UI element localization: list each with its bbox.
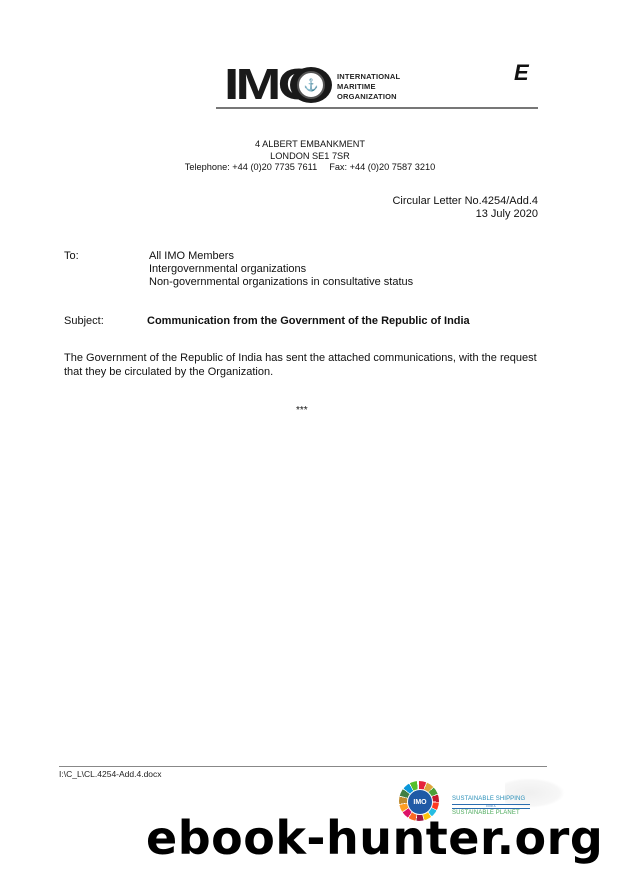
file-path: I:\C_L\CL.4254-Add.4.docx [59,769,162,779]
recipient: Intergovernmental organizations [149,263,413,276]
subject-text: Communication from the Government of the… [147,315,470,327]
imo-emblem-icon: ⚓ [290,67,332,103]
address-block: 4 ALBERT EMBANKMENT LONDON SE1 7SR Telep… [160,139,460,174]
tagline-line1: SUSTAINABLE SHIPPING [452,796,530,803]
subject-label: Subject: [64,315,104,327]
separator: *** [296,405,308,416]
circular-reference: Circular Letter No.4254/Add.4 13 July 20… [392,195,538,221]
circular-date: 13 July 2020 [392,208,538,221]
footer-divider [59,766,547,767]
recipient-list: All IMO Members Intergovernmental organi… [149,250,413,289]
org-name-line: MARITIME [337,82,400,92]
watermark: ebook-hunter.org [146,811,603,865]
recipient: Non-governmental organizations in consul… [149,276,413,289]
contact-line: Telephone: +44 (0)20 7735 7611Fax: +44 (… [160,162,460,174]
org-name-line: ORGANIZATION [337,92,400,102]
to-label: To: [64,250,79,262]
recipient: All IMO Members [149,250,413,263]
tagline-mid: FOR A [452,804,530,809]
circular-number: Circular Letter No.4254/Add.4 [392,195,538,208]
organization-name: INTERNATIONAL MARITIME ORGANIZATION [337,72,400,102]
address-line: 4 ALBERT EMBANKMENT [160,139,460,151]
imo-logo: IMO ⚓ [224,67,298,103]
address-line: LONDON SE1 7SR [160,151,460,163]
body-paragraph: The Government of the Republic of India … [64,352,554,379]
language-mark: E [514,60,529,86]
header-divider [216,107,538,109]
org-name-line: INTERNATIONAL [337,72,400,82]
fax: Fax: +44 (0)20 7587 3210 [329,162,435,172]
telephone: Telephone: +44 (0)20 7735 7611 [185,162,317,172]
